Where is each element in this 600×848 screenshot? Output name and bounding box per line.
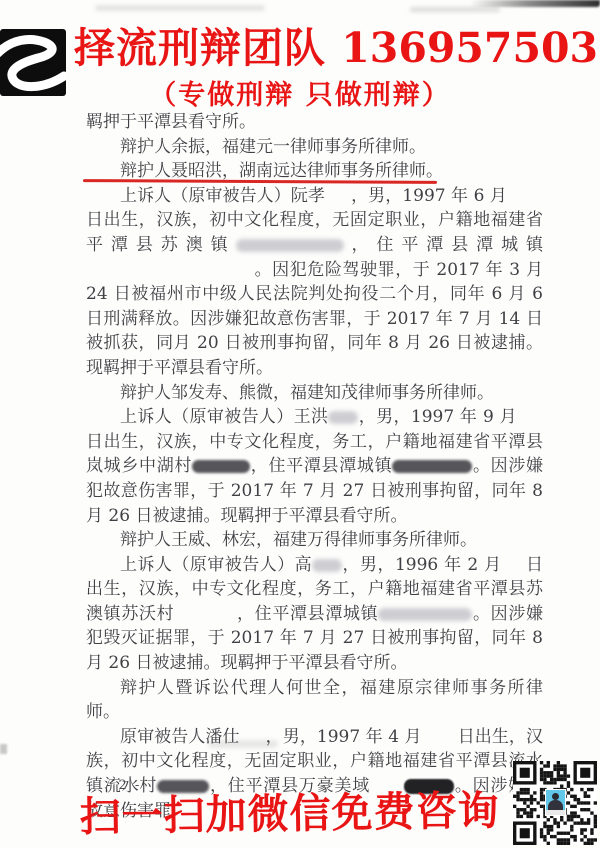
- document-paragraph: 辩护人王威、林宏，福建万得律师事务所律师。: [86, 528, 543, 553]
- wechat-qr-code: [513, 761, 597, 845]
- blank-space: [325, 195, 351, 197]
- brand-name: 择流刑辩团队: [74, 24, 326, 72]
- redaction-mark: [392, 460, 472, 473]
- brand-phone-number: 13695750368: [341, 24, 600, 72]
- redaction-mark: [378, 608, 472, 621]
- avatar-head: [552, 793, 559, 800]
- document-paragraph: 羁押于平潭县看守所。: [86, 110, 543, 135]
- document-paragraph: 辩护人邹发寿、熊微，福建知茂律师事务所律师。: [86, 381, 543, 406]
- document-paragraph: 上诉人（原审被告人）王洪，男，1997 年 9 月日出生，汉族，中专文化程度，务…: [86, 405, 543, 528]
- court-document-text: 羁押于平潭县看守所。辩护人余振，福建元一律师事务所律师。辩护人聂昭洪，湖南远达律…: [86, 110, 543, 823]
- blank-space: [507, 195, 543, 197]
- avatar-label: [546, 810, 565, 815]
- blank-space: [502, 564, 526, 566]
- document-paragraph: 上诉人（原审被告人）高，男，1996 年 2 月日出生，汉族，中专文化程度，务工…: [86, 553, 543, 676]
- scan-artifact-top-middle-2: [410, 7, 500, 12]
- blank-space: [86, 269, 254, 271]
- scan-artifact-top-middle: [95, 5, 265, 11]
- redaction-mark: [312, 559, 342, 572]
- blank-space: [422, 736, 458, 738]
- document-paragraph: 辩护人暨诉讼代理人何世全，福建原宗律师事务所律师。: [86, 676, 543, 725]
- blank-space: [517, 417, 543, 419]
- brand-tagline: （专做刑辩 只做刑辩）: [0, 73, 600, 112]
- brand-title: 择流刑辩团队 13695750368: [74, 24, 594, 72]
- qr-center-avatar: [545, 789, 566, 816]
- scan-artifact-top-right: [470, 0, 600, 7]
- avatar-shoulders: [548, 800, 563, 810]
- blank-space: [174, 613, 236, 615]
- blank-space: [240, 736, 266, 738]
- redaction-mark: [192, 460, 250, 473]
- redaction-mark: [236, 239, 344, 252]
- wechat-cta-text: 扫一扫加微信免费咨询: [79, 777, 500, 843]
- document-paragraph-red-underlined: 辩护人聂昭洪，湖南远达律师事务所律师。: [86, 159, 543, 184]
- document-paragraph: 上诉人（原审被告人）阮孝，男，1997 年 6 月日出生，汉族，初中文化程度，无…: [86, 184, 543, 381]
- redaction-mark: [328, 411, 358, 424]
- document-paragraph: 辩护人余振，福建元一律师事务所律师。: [86, 135, 543, 160]
- scan-artifact-left-edge: [0, 744, 7, 754]
